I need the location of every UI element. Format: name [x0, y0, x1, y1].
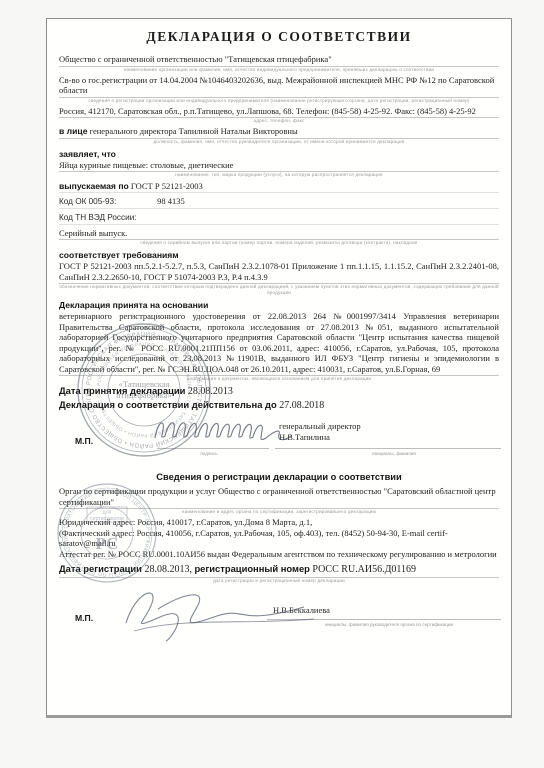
in-person-line: в лице генерального директора Тапилиной … — [59, 126, 499, 139]
actual-address-line: (Фактический адрес: Россия, 410056, г.Са… — [59, 528, 499, 549]
name-caption-2: инициалы, фамилия руководителя органа по… — [299, 622, 479, 627]
page-title: ДЕКЛАРАЦИЯ О СООТВЕТСТВИИ — [59, 29, 499, 45]
reg-number-value: РОСС RU.АИ56.Д01169 — [312, 564, 416, 575]
signature-line-1 — [157, 448, 269, 449]
issued-label: выпускаемая по — [59, 181, 129, 191]
valid-until-label: Декларация о соответствии действительна … — [59, 399, 277, 410]
document-sheet: ДЕКЛАРАЦИЯ О СООТВЕТСТВИИ Общество с огр… — [46, 18, 512, 718]
declarant-name: Общество с ограниченной ответственностью… — [59, 54, 499, 67]
issued-value: ГОСТ Р 52121-2003 — [131, 181, 203, 191]
conformity-label: соответствует требованиям — [59, 250, 499, 260]
declarant-registration-caption: сведения о регистрации организации или и… — [59, 98, 499, 104]
adoption-date-line: Дата принятия декларации 28.08.2013 — [59, 384, 499, 398]
declarant-registration: Св-во о гос.регистрации от 14.04.2004 №1… — [59, 75, 499, 98]
basis-text: ветеринарного регистрационного удостовер… — [59, 311, 499, 376]
reg-date-label: Дата регистрации — [59, 563, 142, 574]
registration-date-caption: дата регистрации и регистрационный номер… — [59, 578, 499, 584]
code-ok-line: Код ОК 005-93: 98 4135 — [59, 196, 499, 210]
in-person-caption: должность, фамилия, имя, отчество руково… — [59, 139, 499, 145]
declarant-name-caption: наименование организации или фамилия, им… — [59, 67, 499, 73]
in-person-label: в лице — [59, 126, 87, 136]
name-caption-1: инициалы, фамилия — [339, 451, 449, 456]
director-block: генеральный директор Н.В.Тапилина — [279, 421, 361, 442]
code-ok-value: 98 4135 — [157, 196, 185, 206]
product-line: Яйца куриные пищевые: столовые, диетичес… — [59, 160, 499, 173]
product-caption: наименование, тип, марка продукции (услу… — [59, 172, 499, 178]
conformity-text: ГОСТ Р 52121-2003 пп.5.2.1-5.2.7, п.5.3,… — [59, 261, 499, 284]
code-tnved-label: Код ТН ВЭД России: — [59, 213, 155, 224]
cert-head-name: Н.В.Беккалиева — [273, 605, 330, 615]
issued-line: выпускаемая по ГОСТ Р 52121-2003 — [59, 181, 499, 194]
valid-until-line: Декларация о соответствии действительна … — [59, 398, 499, 412]
registration-date-line: Дата регистрации 28.08.2013, регистрацио… — [59, 562, 499, 578]
basis-label: Декларация принята на основании — [59, 300, 499, 310]
serial-caption: сведения о серийном выпуске или партии (… — [59, 240, 499, 246]
signature-block-director: М.П. подпись генеральный директор Н.В.Та… — [59, 414, 499, 466]
director-position: генеральный директор — [279, 421, 361, 432]
code-ok-label: Код ОК 005-93: — [59, 197, 155, 208]
cert-org-caption: наименование и адрес органа по сертифика… — [59, 509, 499, 515]
name-line-1 — [275, 448, 501, 449]
reg-date-value: 28.08.2013, — [144, 564, 192, 575]
mp-label-2: М.П. — [75, 613, 93, 623]
cert-org-line: Орган по сертификации продукции и услуг … — [59, 486, 499, 509]
mp-label-1: М.П. — [75, 436, 93, 446]
adoption-date-value: 28.08.2013 — [188, 386, 233, 397]
declarant-address-caption: адрес, телефон, факс — [59, 118, 499, 124]
legal-address-line: Юридический адрес: Россия, 410017, г.Сар… — [59, 517, 499, 528]
director-name: Н.В.Тапилина — [279, 432, 361, 443]
adoption-date-label: Дата принятия декларации — [59, 385, 185, 396]
declarant-address: Россия, 412170, Саратовская обл., р.п.Та… — [59, 106, 499, 119]
in-person-value: генерального директора Тапилиной Натальи… — [90, 126, 298, 136]
code-tnved-line: Код ТН ВЭД России: — [59, 212, 499, 226]
serial-line: Серийный выпуск. — [59, 228, 499, 241]
signature-block-cert-head: М.П. Н.В.Беккалиева инициалы, фамилия ру… — [59, 587, 499, 647]
conformity-caption: обозначение нормативных документов, соот… — [59, 284, 499, 296]
reg-number-label: регистрационный номер — [194, 563, 309, 574]
registration-section-heading: Сведения о регистрации декларации о соот… — [59, 472, 499, 482]
valid-until-value: 27.08.2018 — [279, 400, 324, 411]
basis-caption: информация о документах, являющихся осно… — [59, 376, 499, 382]
declares-label: заявляет, что — [59, 149, 499, 159]
name-line-2 — [267, 619, 501, 620]
podpis-caption: подпись — [179, 451, 239, 456]
scan-background: { "doc": { "title": "ДЕКЛАРАЦИЯ О СООТВЕ… — [0, 0, 544, 768]
attestate-line: Аттестат рег. № РОСС RU.0001.10АИ56 выда… — [59, 549, 499, 560]
